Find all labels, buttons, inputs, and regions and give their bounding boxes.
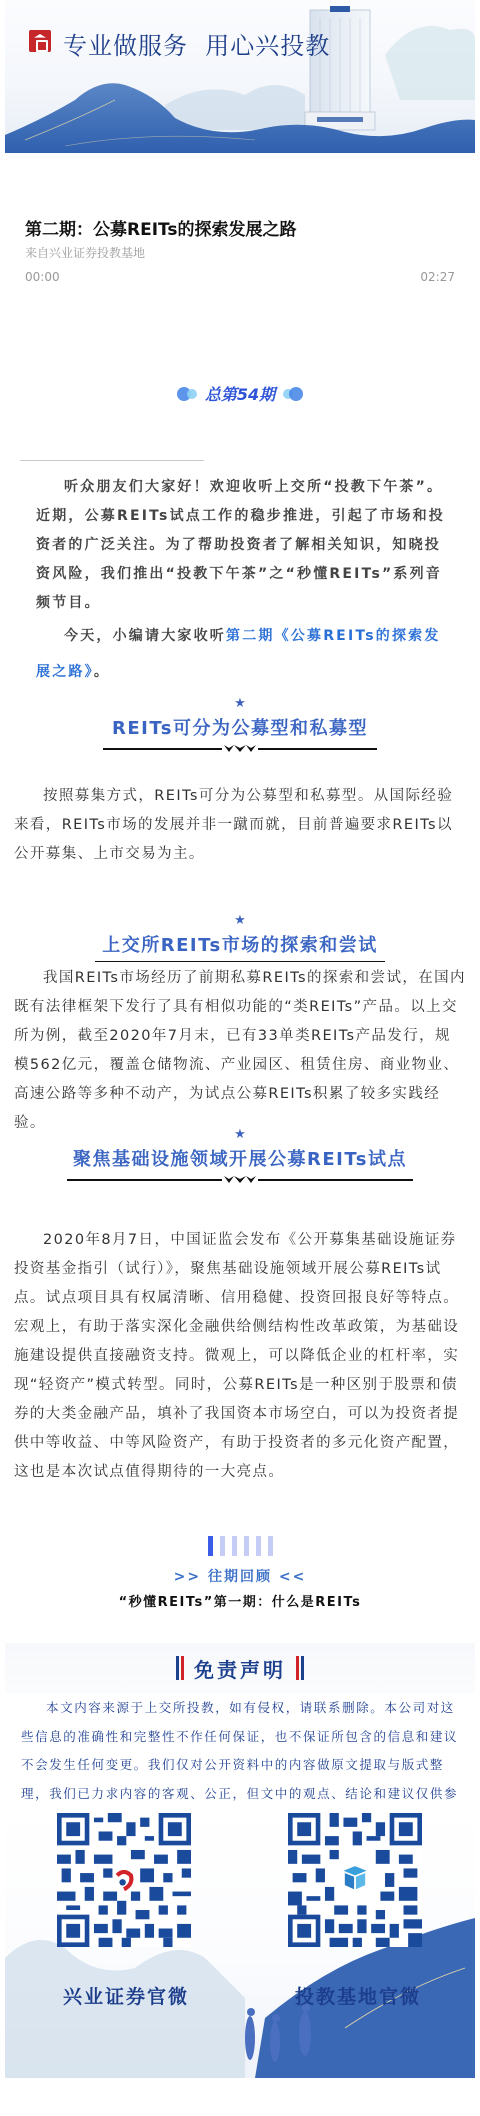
xingye-logo-icon (29, 30, 51, 52)
chevron-divider (103, 743, 377, 755)
duration: 02:27 (420, 270, 455, 284)
section-heading: ★ REITs可分为公募型和私募型 (0, 697, 480, 755)
audio-player[interactable]: 第二期：公募REITs的探索发展之路 来自兴业证券投教基地 00:00 02:2… (25, 218, 455, 284)
issue-badge: 总第54期 (0, 382, 480, 405)
current-time: 00:00 (25, 270, 60, 284)
issue-number: 总第54期 (205, 382, 275, 405)
double-bar-icon (176, 1656, 184, 1680)
section-body: 按照募集方式，REITs可分为公募型和私募型。从国际经验来看，REITs市场的发… (14, 782, 466, 869)
intro-paragraph: 今天，小编请大家收听第二期《公募REITs的探索发展之路》。 (36, 618, 446, 690)
section-body: 我国REITs市场经历了前期私募REITs的探索和尝试，在国内既有法律框架下发行… (14, 964, 466, 1138)
chevron-down-icon (222, 742, 258, 754)
qr-code-xingye[interactable] (57, 1813, 191, 1947)
divider (20, 460, 204, 461)
section-title: 上交所REITs市场的探索和尝试 (0, 932, 480, 960)
decorative-dots-icon (177, 386, 197, 402)
section-heading: ★ 聚焦基础设施领域开展公募REITs试点 (0, 1128, 480, 1186)
decorative-dots-icon (283, 386, 303, 402)
intro: 听众朋友们大家好！欢迎收听上交所“投教下午茶”。近期，公募REITs试点工作的稳… (36, 473, 446, 690)
chevron-divider (67, 1174, 413, 1186)
intro-paragraph: 听众朋友们大家好！欢迎收听上交所“投教下午茶”。近期，公募REITs试点工作的稳… (36, 473, 446, 618)
audio-title: 第二期：公募REITs的探索发展之路 (25, 218, 455, 242)
qr-label: 投教基地官微 (295, 1982, 421, 2009)
star-icon: ★ (0, 914, 480, 928)
disclaimer-title: 免责声明 (194, 1654, 286, 1683)
section-title: REITs可分为公募型和私募型 (0, 715, 480, 743)
star-icon: ★ (0, 1128, 480, 1142)
section-body: 2020年8月7日，中国证监会发布《公开募集基础设施证券投资基金指引（试行）》，… (14, 1226, 466, 1487)
audio-source: 来自兴业证券投教基地 (25, 244, 455, 261)
bars-decoration-icon (0, 1536, 480, 1556)
section-title: 聚焦基础设施领域开展公募REITs试点 (0, 1146, 480, 1174)
qr-code-education-base[interactable] (288, 1813, 422, 1947)
disclaimer-header: 免责声明 (5, 1643, 475, 1693)
double-bar-icon (296, 1656, 304, 1680)
ink-wave-mountains-illustration (5, 0, 475, 153)
banner-slogan: 专业做服务 用心兴投教 (63, 26, 330, 61)
star-icon: ★ (0, 697, 480, 711)
chevron-down-icon (222, 1173, 258, 1185)
audio-progress[interactable]: 00:00 02:27 (25, 270, 455, 284)
previous-episode-link[interactable]: “秒懂REITs”第一期：什么是REITs (0, 1591, 480, 1610)
footer-qr-section: 兴业证券官微 投教基地官微 (5, 1808, 475, 2078)
qr-label: 兴业证券官微 (63, 1982, 189, 2009)
past-issues-label: >> 往期回顾 << (0, 1566, 480, 1586)
header-banner: 专业做服务 用心兴投教 (5, 0, 475, 153)
past-issues: >> 往期回顾 << “秒懂REITs”第一期：什么是REITs (0, 1536, 480, 1610)
